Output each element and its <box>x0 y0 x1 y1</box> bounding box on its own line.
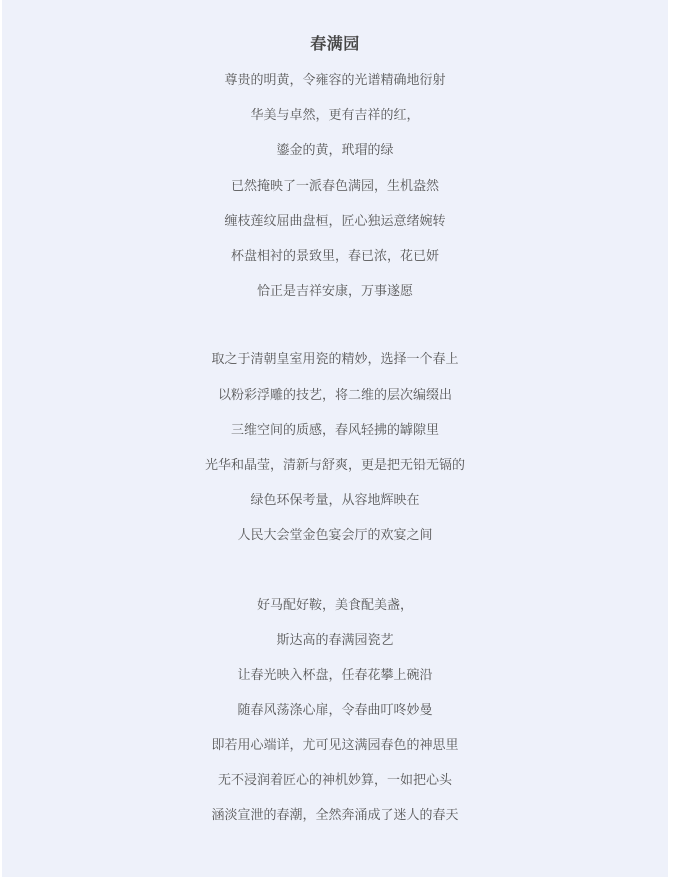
stanza-1-line-4: 已然掩映了一派春色满园，生机盎然 <box>2 178 668 196</box>
stanza-2-line-5: 绿色环保考量，从容地辉映在 <box>2 492 668 510</box>
stanza-1-line-1: 尊贵的明黄，令雍容的光谱精确地衍射 <box>2 72 668 90</box>
stanza-1-line-5: 缠枝莲纹屈曲盘桓，匠心独运意绪婉转 <box>2 213 668 231</box>
stanza-2-line-1: 取之于清朝皇室用瓷的精妙，选择一个春上 <box>2 351 668 369</box>
stanza-3-line-2: 斯达高的春满园瓷艺 <box>2 632 668 650</box>
stanza-3-line-4: 随春风荡涤心扉，令春曲叮咚妙曼 <box>2 702 668 720</box>
stanza-2-line-2: 以粉彩浮雕的技艺，将二维的层次编缀出 <box>2 387 668 405</box>
stanza-1-line-6: 杯盘相衬的景致里，春已浓，花已妍 <box>2 248 668 266</box>
stanza-1-line-7: 恰正是吉祥安康，万事遂愿 <box>2 283 668 301</box>
poem-title: 春满园 <box>2 33 668 55</box>
stanza-1-line-2: 华美与卓然，更有吉祥的红， <box>2 107 668 125</box>
stanza-2-line-4: 光华和晶莹，清新与舒爽，更是把无铅无镉的 <box>2 457 668 475</box>
stanza-3-line-5: 即若用心端详，尤可见这满园春色的神思里 <box>2 737 668 755</box>
stanza-3-line-1: 好马配好鞍，美食配美盏， <box>2 597 668 615</box>
stanza-3-line-6: 无不浸润着匠心的神机妙算，一如把心头 <box>2 772 668 790</box>
stanza-3-line-7: 涵淡宣泄的春潮，全然奔涌成了迷人的春天 <box>2 807 668 825</box>
poem-panel: 春满园 尊贵的明黄，令雍容的光谱精确地衍射 华美与卓然，更有吉祥的红， 鎏金的黄… <box>2 0 668 877</box>
stanza-3-line-3: 让春光映入杯盘，任春花攀上碗沿 <box>2 667 668 685</box>
stanza-1-line-3: 鎏金的黄，玳瑁的绿 <box>2 142 668 160</box>
stanza-2-line-6: 人民大会堂金色宴会厅的欢宴之间 <box>2 527 668 545</box>
stanza-2-line-3: 三维空间的质感，春风轻拂的罅隙里 <box>2 422 668 440</box>
